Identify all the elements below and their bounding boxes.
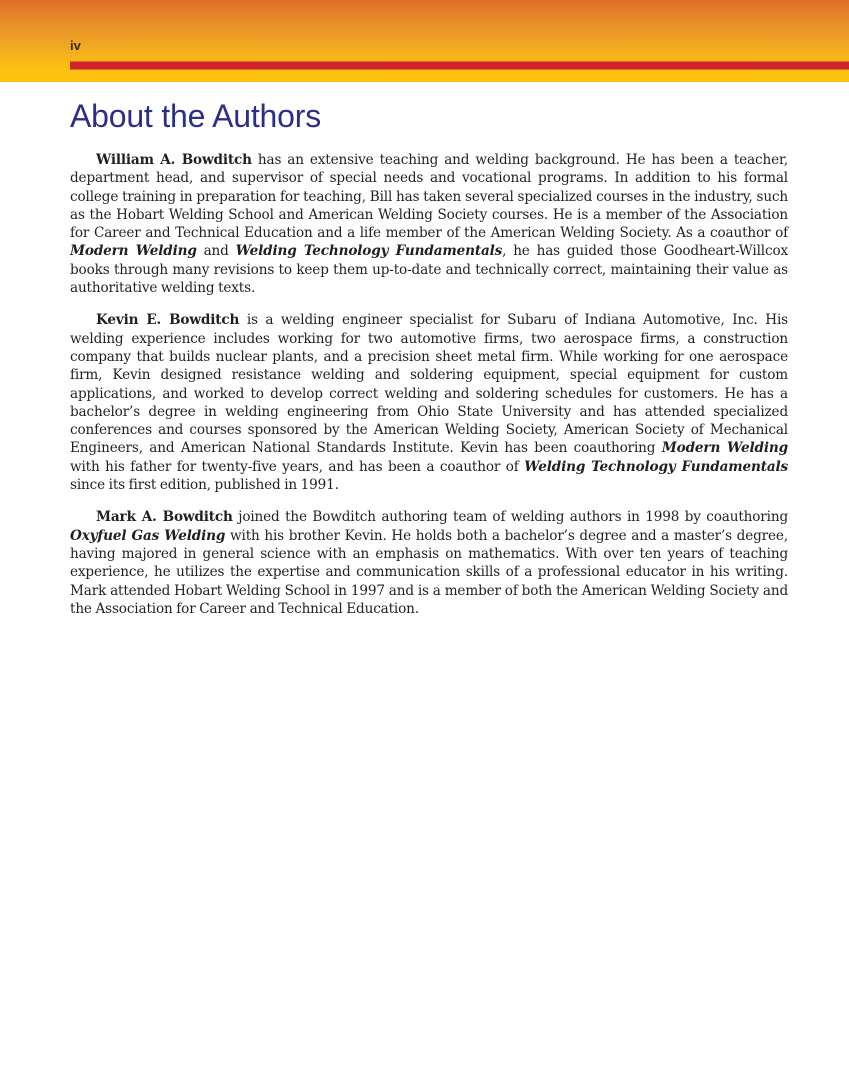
bio-text: is a welding engineer specialist for Sub… (70, 312, 788, 456)
bio-text: since its first edition, published in 19… (70, 477, 339, 493)
book-title: Oxyfuel Gas Welding (70, 528, 225, 544)
author-name: Kevin E. Bowditch (96, 312, 239, 328)
bio-text: joined the Bowditch authoring team of we… (233, 509, 788, 525)
book-title: Modern Welding (70, 243, 197, 259)
author-name: Mark A. Bowditch (96, 509, 233, 525)
author-name: William A. Bowditch (96, 152, 252, 168)
bio-text: with his father for twenty-five years, a… (70, 459, 524, 475)
header-rule (70, 61, 849, 70)
page-title: About the Authors (70, 96, 788, 136)
page-number: iv (70, 39, 81, 53)
page-content: About the Authors William A. Bowditch ha… (70, 96, 788, 618)
book-title: Modern Welding (662, 440, 788, 456)
bio-text: and (197, 243, 236, 259)
bio-mark: Mark A. Bowditch joined the Bowditch aut… (70, 508, 788, 618)
page-header-band: iv (0, 0, 849, 82)
book-title: Welding Technology Fundamentals (524, 459, 788, 475)
book-title: Welding Technology Fundamentals (236, 243, 503, 259)
bio-william: William A. Bowditch has an extensive tea… (70, 151, 788, 297)
bio-kevin: Kevin E. Bowditch is a welding engineer … (70, 311, 788, 494)
